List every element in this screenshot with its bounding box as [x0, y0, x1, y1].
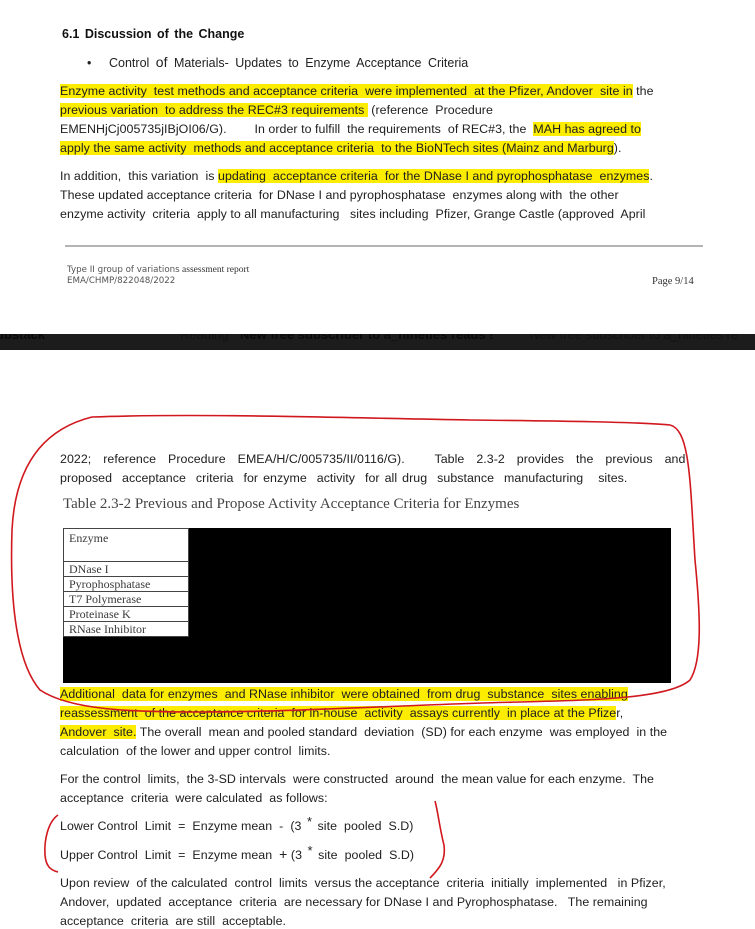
asterisk: * — [306, 843, 315, 858]
text: Upper Control Limit = Enzyme mean — [60, 848, 279, 862]
highlight: previous variation to address the REC#3 … — [60, 103, 368, 117]
paragraph4-line3: Andover site. The overall mean and poole… — [60, 724, 667, 740]
text: site pooled S.D) — [315, 848, 414, 862]
paragraph2-line2: These updated acceptance criteria for DN… — [60, 187, 619, 203]
notification-bar: ubstack Reading New free subscriber to a… — [0, 334, 755, 350]
footer-divider — [65, 245, 703, 247]
paragraph1-line4: apply the same activity methods and acce… — [60, 140, 621, 156]
bullet-prefix: Control — [109, 56, 156, 70]
table-row: RNase Inhibitor — [64, 622, 189, 637]
paragraph1-line2: previous variation to address the REC#3 … — [60, 102, 493, 118]
paragraph4-line2: reassessment of the acceptance criteria … — [60, 705, 623, 721]
right-bracket-annotation — [430, 801, 444, 878]
formula-upper-limit: Upper Control Limit = Enzyme mean + (3 *… — [60, 846, 414, 863]
paragraph1-line3: EMENHjCj005735jIBjOI06/G). In order to f… — [60, 121, 641, 137]
text: (reference Procedure — [368, 103, 493, 117]
doc-type-sans: Type II group of variations — [67, 265, 180, 275]
footer-doc-info: Type II group of variations assessment r… — [67, 264, 249, 287]
highlight: reassessment of the acceptance criteria … — [60, 706, 616, 720]
footer-doc-id: EMA/CHMP/822048/2022 — [67, 276, 249, 287]
paragraph2-line1: In addition, this variation is updating … — [60, 168, 653, 184]
paragraph5-line1: For the control limits, the 3-SD interva… — [60, 771, 654, 787]
paragraph1-line1: Enzyme activity test methods and accepta… — [60, 83, 654, 99]
table-caption: Table 2.3-2 Previous and Propose Activit… — [63, 496, 519, 513]
paragraph5-line2: acceptance criteria were calculated as f… — [60, 790, 328, 806]
text: Lower Control Limit = Enzyme mean - (3 — [60, 819, 305, 833]
table-cell: RNase Inhibitor — [64, 622, 189, 637]
table-row: T7 Polymerase — [64, 592, 189, 607]
table-row: DNase I — [64, 562, 189, 577]
bullet-dot: • — [87, 56, 109, 70]
table-cell: DNase I — [64, 562, 189, 577]
paragraph4-line1: Additional data for enzymes and RNase in… — [60, 686, 628, 702]
text: (3 — [287, 848, 305, 862]
left-bracket-annotation — [45, 815, 58, 872]
paragraph4-line4: calculation of the lower and upper contr… — [60, 743, 331, 759]
paragraph3-line2: proposed acceptance criteria for enzyme … — [60, 470, 627, 486]
table-cell: Pyrophosphatase — [64, 577, 189, 592]
highlight: apply the same activity methods and acce… — [60, 141, 614, 155]
text: ). — [614, 141, 622, 155]
highlight: Additional data for enzymes and RNase in… — [60, 687, 628, 701]
text: the — [633, 84, 654, 98]
bullet-item: •Control of Materials- Updates to Enzyme… — [87, 54, 468, 70]
text: r, — [616, 706, 623, 720]
text: site pooled S.D) — [314, 819, 413, 833]
highlight: Andover site. — [60, 725, 136, 739]
text: In addition, this variation is — [60, 169, 218, 183]
app-name-fragment: ubstack — [0, 334, 45, 342]
notification-text-2[interactable]: New free subscriber to a_nineties re — [530, 334, 738, 342]
highlight: updating acceptance criteria for the DNa… — [218, 169, 649, 183]
paragraph2-line3: enzyme activity criteria apply to all ma… — [60, 206, 645, 222]
text: The overall mean and pooled standard dev… — [136, 725, 667, 739]
table-row: Pyrophosphatase — [64, 577, 189, 592]
paragraph6-line1: Upon review of the calculated control li… — [60, 875, 666, 891]
paragraph3-line1: 2022; reference Procedure EMEA/H/C/00573… — [60, 451, 685, 467]
page-number: Page 9/14 — [652, 276, 694, 287]
notification-text-1[interactable]: New free subscriber to a_nineties reads … — [240, 334, 494, 342]
bullet-of: of — [156, 54, 168, 70]
table-row: Proteinase K — [64, 607, 189, 622]
highlight: Enzyme activity test methods and accepta… — [60, 84, 633, 98]
section-title: 6.1 Discussion of the Change — [62, 27, 244, 41]
text: . — [649, 169, 653, 183]
paragraph6-line3: acceptance criteria are still acceptable… — [60, 913, 286, 929]
reading-label: Reading — [180, 334, 228, 342]
table-cell: T7 Polymerase — [64, 592, 189, 607]
asterisk: * — [305, 814, 314, 829]
footer-doc-type: Type II group of variations assessment r… — [67, 264, 249, 276]
doc-type-serif: assessment report — [180, 265, 250, 275]
bullet-rest: Materials- Updates to Enzyme Acceptance … — [167, 56, 468, 70]
highlight: MAH has agreed to — [533, 122, 641, 136]
table-cell: Proteinase K — [64, 607, 189, 622]
text: EMENHjCj005735jIBjOI06/G). In order to f… — [60, 122, 533, 136]
table-header-enzyme: Enzyme — [64, 529, 189, 562]
enzyme-table: Enzyme DNase I Pyrophosphatase T7 Polyme… — [63, 528, 189, 637]
formula-lower-limit: Lower Control Limit = Enzyme mean - (3 *… — [60, 818, 413, 834]
paragraph6-line2: Andover, updated acceptance criteria are… — [60, 894, 648, 910]
